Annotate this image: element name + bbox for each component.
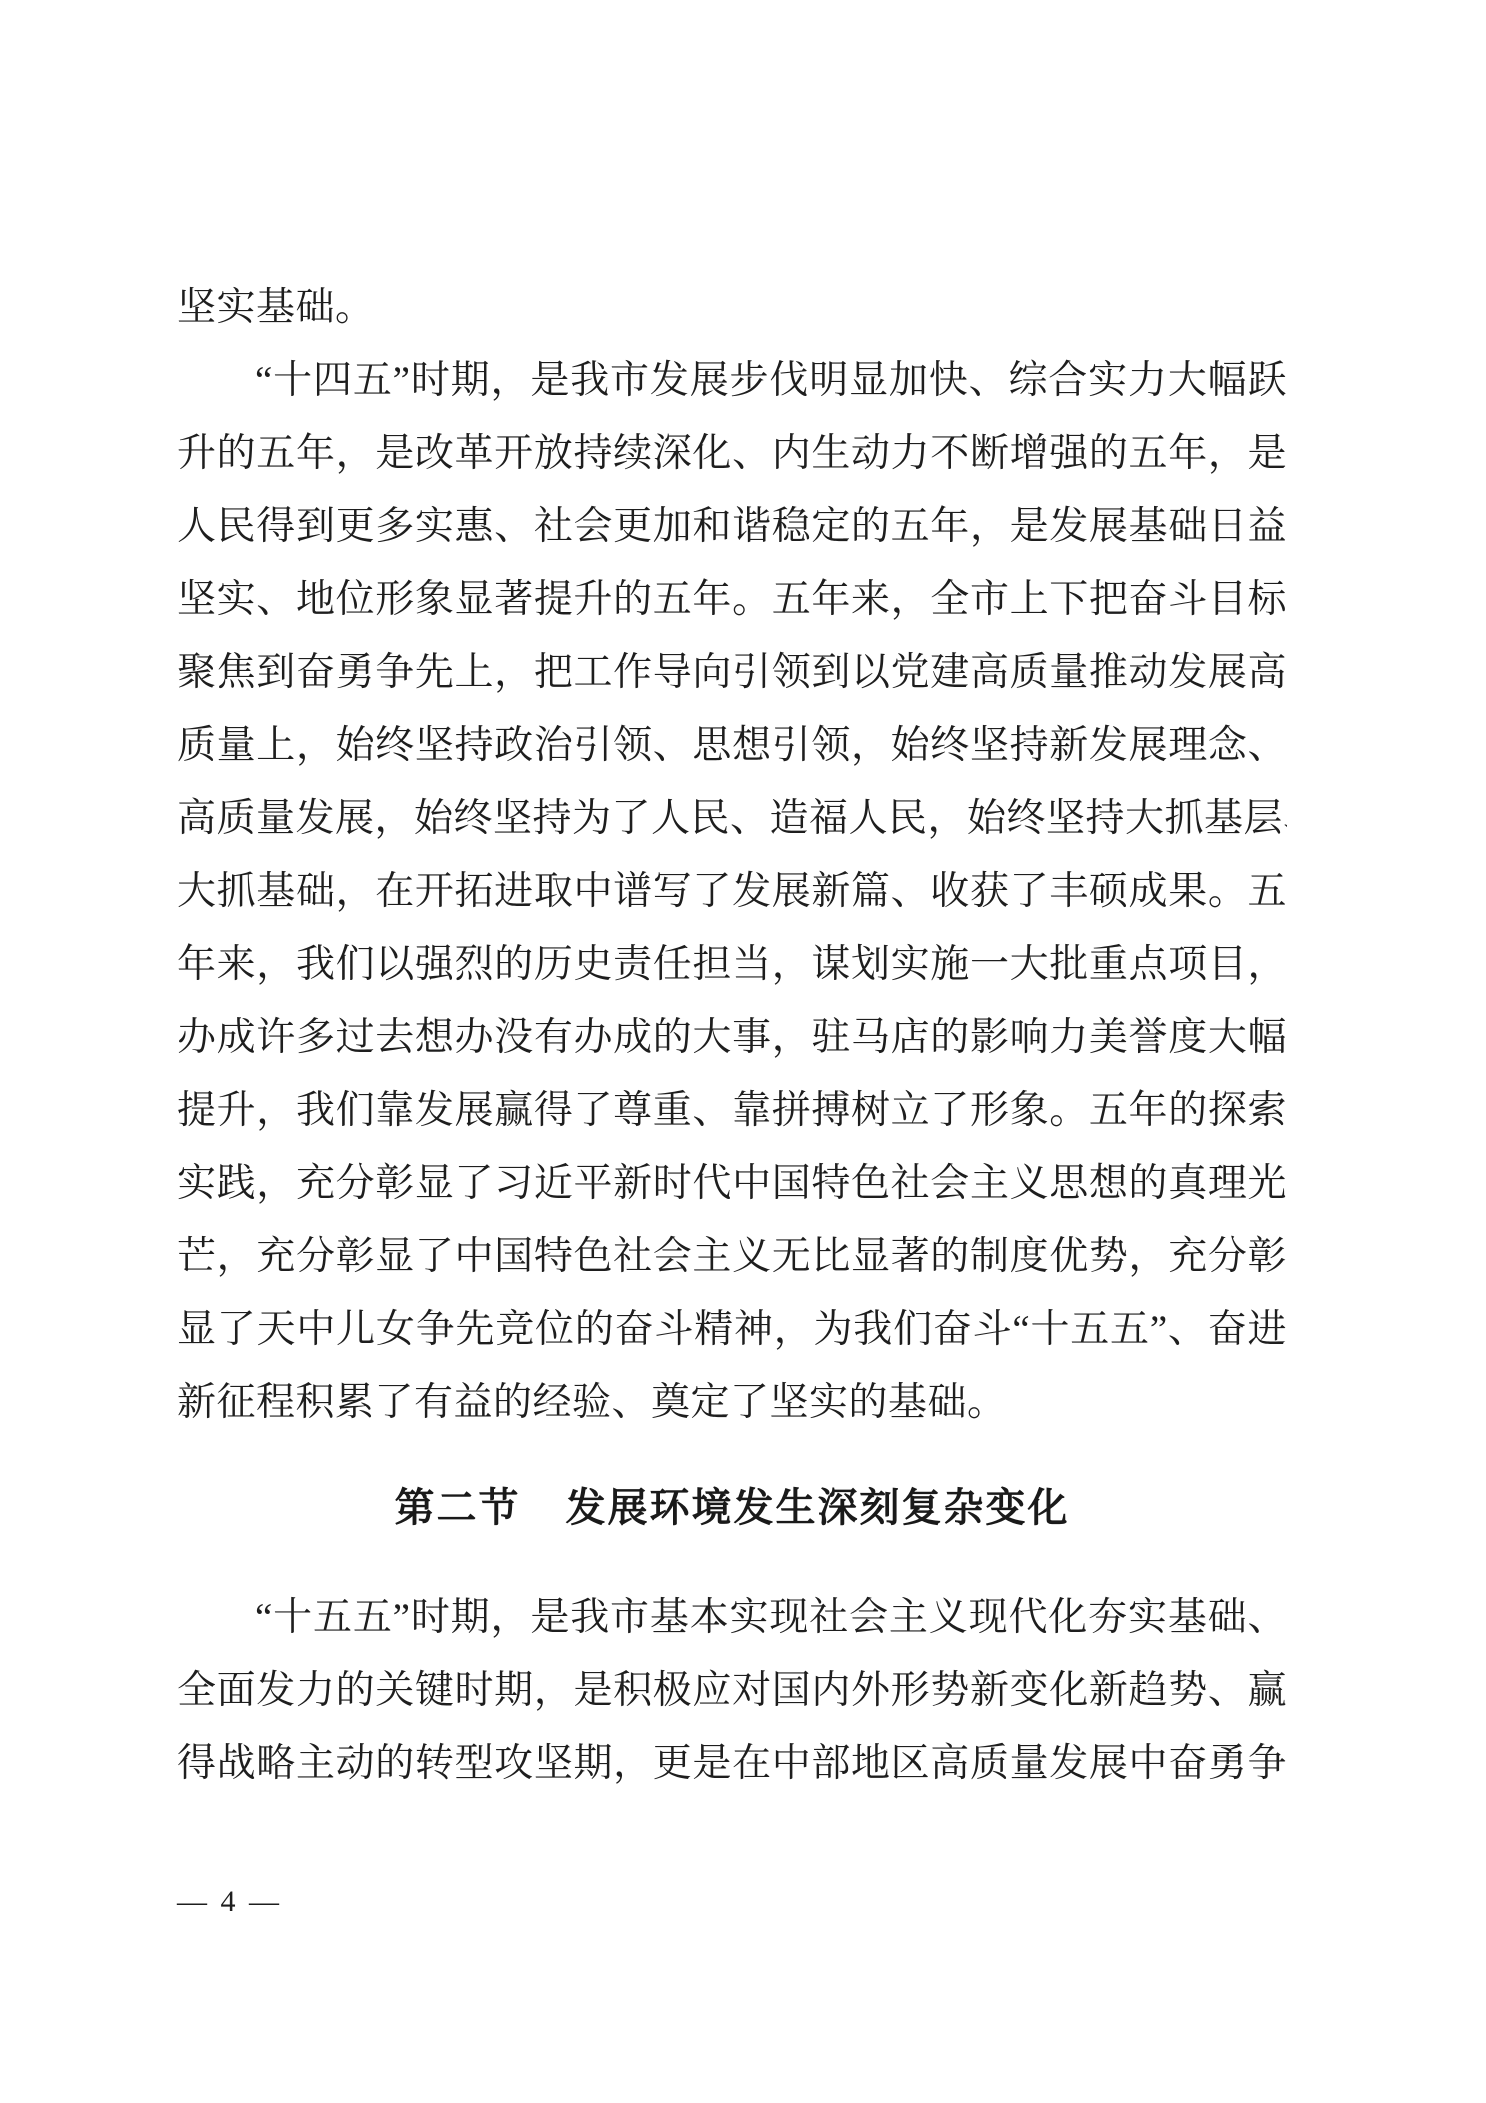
text-line: 升的五年，是改革开放持续深化、内生动力不断增强的五年，是 [177,417,1287,490]
text-line: 得战略主动的转型攻坚期，更是在中部地区高质量发展中奋勇争 [177,1727,1287,1800]
text-line: 办成许多过去想办没有办成的大事，驻马店的影响力美誉度大幅 [177,1001,1287,1074]
text-line: “十四五”时期，是我市发展步伐明显加快、综合实力大幅跃 [177,344,1287,417]
page-content: 坚实基础。 “十四五”时期，是我市发展步伐明显加快、综合实力大幅跃升的五年，是改… [177,271,1287,1800]
text-line: 芒，充分彰显了中国特色社会主义无比显著的制度优势，充分彰 [177,1220,1287,1293]
text-line: 年来，我们以强烈的历史责任担当，谋划实施一大批重点项目， [177,928,1287,1001]
text-line: 提升，我们靠发展赢得了尊重、靠拼搏树立了形象。五年的探索 [177,1074,1287,1147]
paragraph-continuation-line: 坚实基础。 [177,271,1287,344]
section-heading: 第二节 发展环境发生深刻复杂变化 [177,1471,1287,1544]
document-page: 坚实基础。 “十四五”时期，是我市发展步伐明显加快、综合实力大幅跃升的五年，是改… [0,0,1486,2103]
text-line: 坚实、地位形象显著提升的五年。五年来，全市上下把奋斗目标 [177,563,1287,636]
paragraph-14th5-last-line: 新征程积累了有益的经验、奠定了坚实的基础。 [177,1366,1287,1439]
section-heading-number: 第二节 [395,1471,521,1544]
section-heading-title: 发展环境发生深刻复杂变化 [566,1471,1070,1544]
text-line: “十五五”时期，是我市基本实现社会主义现代化夯实基础、 [177,1581,1287,1654]
paragraph-15th5-period: “十五五”时期，是我市基本实现社会主义现代化夯实基础、全面发力的关键时期，是积极… [177,1581,1287,1800]
text-line: 质量上，始终坚持政治引领、思想引领，始终坚持新发展理念、 [177,709,1287,782]
paragraph-14th5-period: “十四五”时期，是我市发展步伐明显加快、综合实力大幅跃升的五年，是改革开放持续深… [177,344,1287,1366]
text-line: 实践，充分彰显了习近平新时代中国特色社会主义思想的真理光 [177,1147,1287,1220]
page-number: — 4 — [177,1885,282,1918]
page-footer: — 4 — [177,1882,282,1922]
text-line: 聚焦到奋勇争先上，把工作导向引领到以党建高质量推动发展高 [177,636,1287,709]
text-line: 人民得到更多实惠、社会更加和谐稳定的五年，是发展基础日益 [177,490,1287,563]
text-line: 大抓基础，在开拓进取中谱写了发展新篇、收获了丰硕成果。五 [177,855,1287,928]
text-line: 全面发力的关键时期，是积极应对国内外形势新变化新趋势、赢 [177,1654,1287,1727]
text-line: 高质量发展，始终坚持为了人民、造福人民，始终坚持大抓基层、 [177,782,1287,855]
text-line: 显了天中儿女争先竞位的奋斗精神，为我们奋斗“十五五”、奋进 [177,1293,1287,1366]
